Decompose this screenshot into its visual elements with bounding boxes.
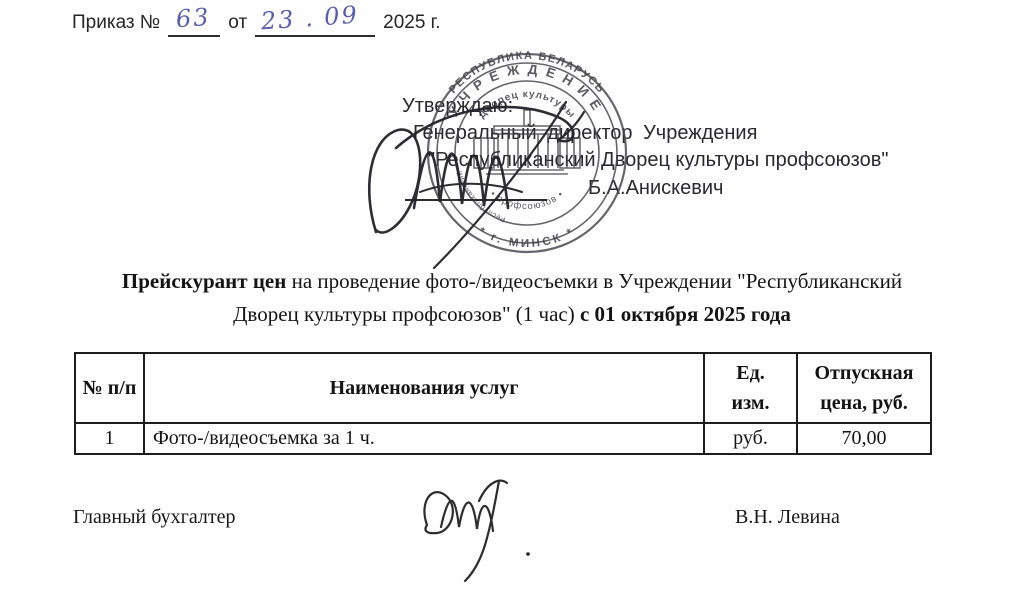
- document-title: Прейскурант цен на проведение фото-/виде…: [4, 265, 1020, 330]
- stamp-building-icon: [474, 110, 580, 174]
- round-stamp-seal: РЕСПУБЛИКА БЕЛАРУСЬ * г. МИНСК * УЧРЕЖДЕ…: [360, 40, 680, 270]
- stamp-inner-top-text: Дворец культуры: [477, 89, 578, 121]
- accountant-signature: [415, 475, 545, 585]
- price-table: № п/п Наименования услуг Ед. изм. Отпуск…: [74, 352, 932, 455]
- title-line2-rest: Дворец культуры профсоюзов" (1 час): [233, 302, 580, 326]
- order-year: 2025 г.: [383, 12, 440, 33]
- order-line: Приказ №63от23 . 092025 г.: [72, 11, 445, 37]
- table-header-row: № п/п Наименования услуг Ед. изм. Отпуск…: [75, 353, 931, 423]
- col-header-num: № п/п: [75, 353, 144, 423]
- col-header-price: Отпускная цена, руб.: [797, 353, 931, 423]
- title-line1-rest: на проведение фото-/видеосъемки в Учрежд…: [286, 269, 902, 293]
- title-bold-lead: Прейскурант цен: [122, 269, 286, 293]
- table-row: 1 Фото-/видеосъемка за 1 ч. руб. 70,00: [75, 423, 931, 454]
- accountant-role-label: Главный бухгалтер: [73, 506, 235, 529]
- cell-unit: руб.: [704, 423, 797, 454]
- approval-signature-line: [405, 199, 547, 201]
- cell-num: 1: [75, 423, 144, 454]
- order-label: Приказ №: [72, 12, 160, 33]
- accountant-name: В.Н. Левина: [735, 506, 840, 529]
- order-date-blank: 23 . 09: [255, 11, 375, 37]
- scanned-document-page: Приказ №63от23 . 092025 г. РЕСПУБЛИКА БЕ…: [0, 0, 1024, 597]
- cell-service: Фото-/видеосъемка за 1 ч.: [144, 423, 704, 454]
- col-header-service: Наименования услуг: [144, 353, 704, 423]
- cell-price: 70,00: [797, 423, 931, 454]
- order-date-handwritten: 23 . 09: [261, 6, 360, 31]
- order-number-handwritten: 63: [175, 8, 211, 28]
- title-bold-tail: с 01 октября 2025 года: [580, 302, 791, 326]
- title-line-2: Дворец культуры профсоюзов" (1 час) с 01…: [4, 298, 1020, 331]
- svg-text:Дворец культуры: Дворец культуры: [477, 89, 578, 121]
- order-number-blank: 63: [168, 11, 220, 37]
- col-header-unit: Ед. изм.: [704, 353, 797, 423]
- order-from-label: от: [228, 12, 247, 33]
